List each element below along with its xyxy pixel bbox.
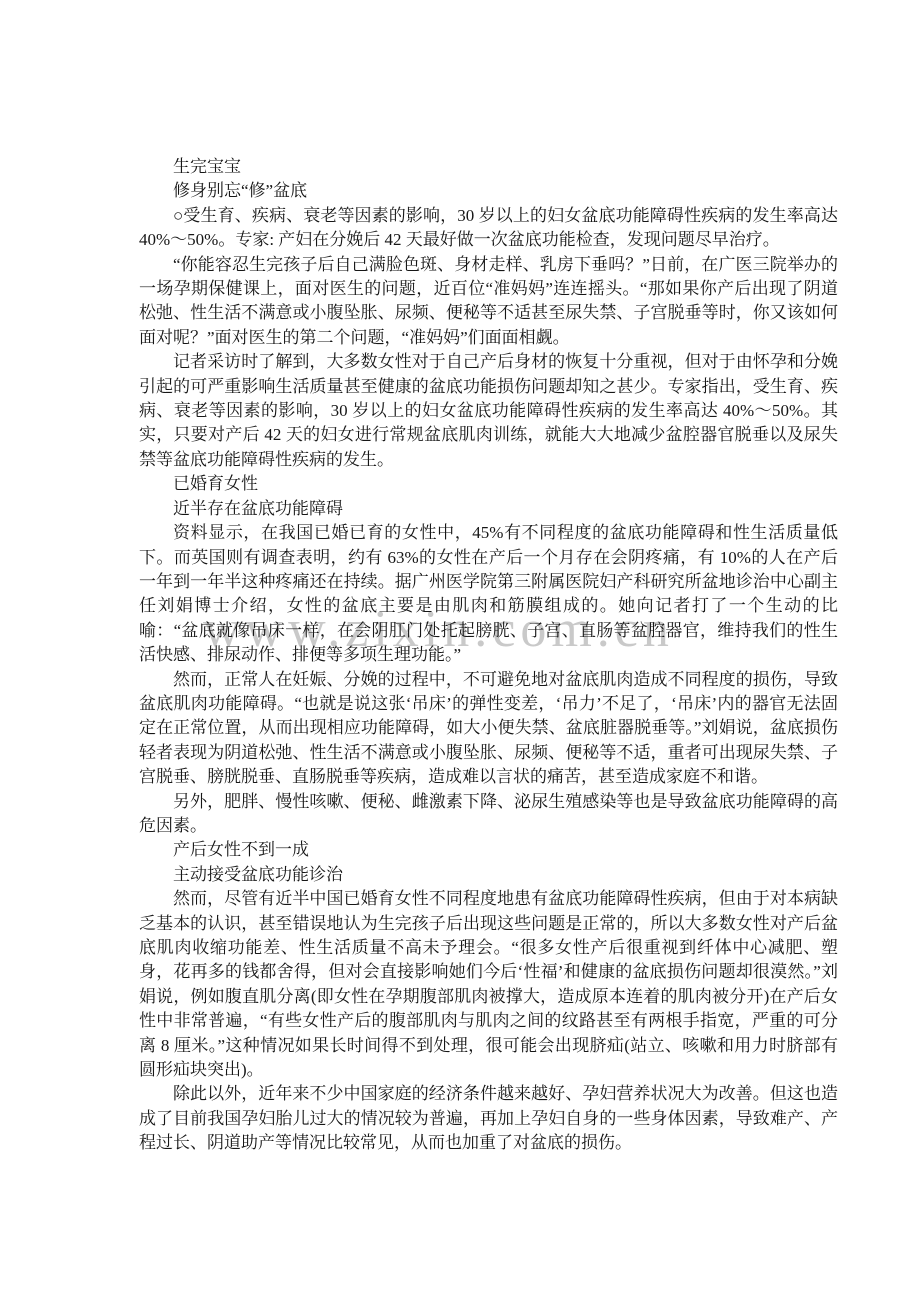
paragraph: ○受生育、疾病、衰老等因素的影响，30 岁以上的妇女盆底功能障碍性疾病的发生率高… [139,204,838,253]
heading-line: 主动接受盆底功能诊治 [139,863,838,887]
paragraph: 除此以外，近年来不少中国家庭的经济条件越来越好、孕妇营养状况大为改善。但这也造成… [139,1082,838,1155]
heading-line: 已婚育女性 [139,472,838,496]
paragraph: 资料显示，在我国已婚已育的女性中，45%有不同程度的盆底功能障碍和性生活质量低下… [139,521,838,667]
heading-line: 修身别忘“修”盆底 [139,179,838,203]
paragraph: “你能容忍生完孩子后自己满脸色斑、身材走样、乳房下垂吗？”日前，在广医三院举办的… [139,253,838,351]
document-content: 生完宝宝修身别忘“修”盆底○受生育、疾病、衰老等因素的影响，30 岁以上的妇女盆… [139,155,838,1156]
heading-line: 生完宝宝 [139,155,838,179]
paragraph: 然而，正常人在妊娠、分娩的过程中，不可避免地对盆底肌肉造成不同程度的损伤，导致盆… [139,668,838,790]
heading-line: 近半存在盆底功能障碍 [139,497,838,521]
paragraph: 然而，尽管有近半中国已婚育女性不同程度地患有盆底功能障碍性疾病，但由于对本病缺乏… [139,887,838,1082]
document-page: www.zixin.com.cn 生完宝宝修身别忘“修”盆底○受生育、疾病、衰老… [0,0,920,1302]
heading-line: 产后女性不到一成 [139,838,838,862]
paragraph: 记者采访时了解到，大多数女性对于自己产后身材的恢复十分重视，但对于由怀孕和分娩引… [139,350,838,472]
paragraph: 另外，肥胖、慢性咳嗽、便秘、雌激素下降、泌尿生殖感染等也是导致盆底功能障碍的高危… [139,790,838,839]
